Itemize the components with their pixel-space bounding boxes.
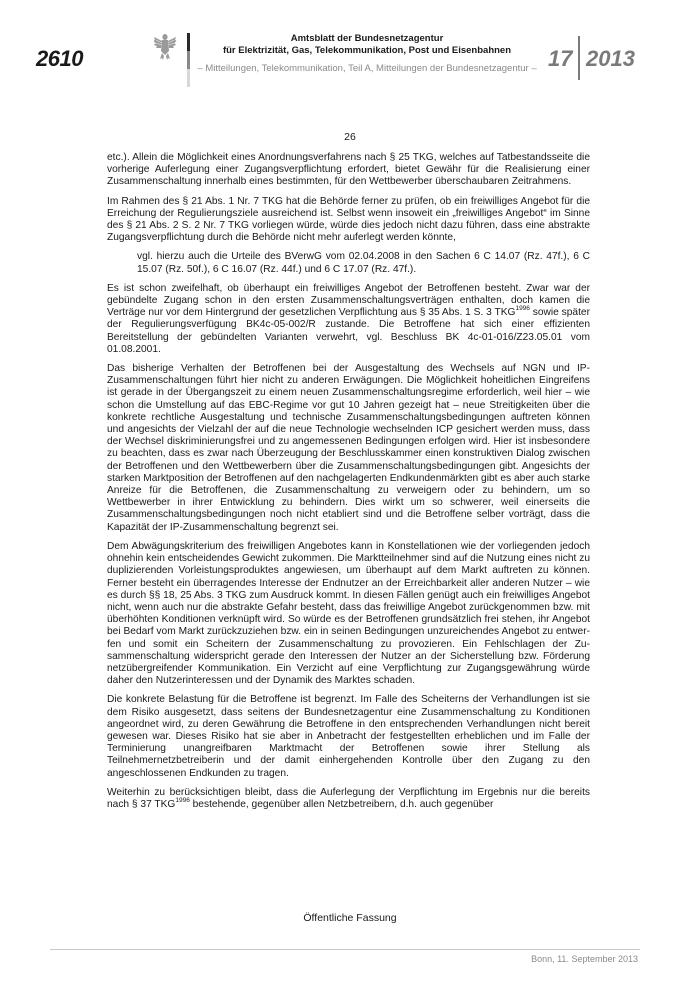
paragraph: Dem Abwägungskriterium des freiwilligen … xyxy=(107,541,590,687)
paragraph: Weiterhin zu berücksichtigen bleibt, das… xyxy=(107,787,590,811)
issue-year: 2013 xyxy=(586,46,635,72)
paragraph: Im Rahmen des § 21 Abs. 1 Nr. 7 TKG hat … xyxy=(107,196,590,245)
masthead: Amtsblatt der Bundesnetzagentur für Elek… xyxy=(196,33,538,75)
color-bar-black xyxy=(187,33,190,51)
page-number: 2610 xyxy=(36,46,83,72)
masthead-subtitle: für Elektrizität, Gas, Telekommunikation… xyxy=(196,45,538,57)
footer-title: Öffentliche Fassung xyxy=(0,912,700,924)
paragraph-text: Es ist schon zweifelhaft, ob überhaupt e… xyxy=(107,283,590,318)
inner-page-number: 26 xyxy=(0,131,700,143)
color-bar xyxy=(187,33,190,87)
footer-divider xyxy=(50,949,640,950)
paragraph: Die konkrete Belastung für die Betroffen… xyxy=(107,694,590,779)
color-bar-gray xyxy=(187,51,190,69)
color-bar-light xyxy=(187,69,190,87)
federal-eagle-icon xyxy=(153,33,177,61)
paragraph: etc.). Allein die Möglichkeit eines Anor… xyxy=(107,152,590,189)
superscript: 1996 xyxy=(515,305,529,312)
citation-paragraph: vgl. hierzu auch die Urteile des BVerwG … xyxy=(107,251,590,275)
document-body: etc.). Allein die Möglichkeit eines Anor… xyxy=(107,152,590,818)
masthead-section: – Mitteilungen, Telekommunikation, Teil … xyxy=(196,63,538,75)
footer-date: Bonn, 11. September 2013 xyxy=(531,954,638,964)
paragraph: Es ist schon zweifelhaft, ob überhaupt e… xyxy=(107,283,590,356)
superscript: 1996 xyxy=(175,797,189,804)
issue-number: 17 xyxy=(548,46,572,72)
masthead-title: Amtsblatt der Bundesnetzagentur xyxy=(196,33,538,45)
paragraph-text: bestehende, gegenüber allen Netzbetreibe… xyxy=(190,799,494,810)
issue-divider xyxy=(578,36,580,80)
paragraph: Das bisherige Verhalten der Betroffenen … xyxy=(107,363,590,534)
